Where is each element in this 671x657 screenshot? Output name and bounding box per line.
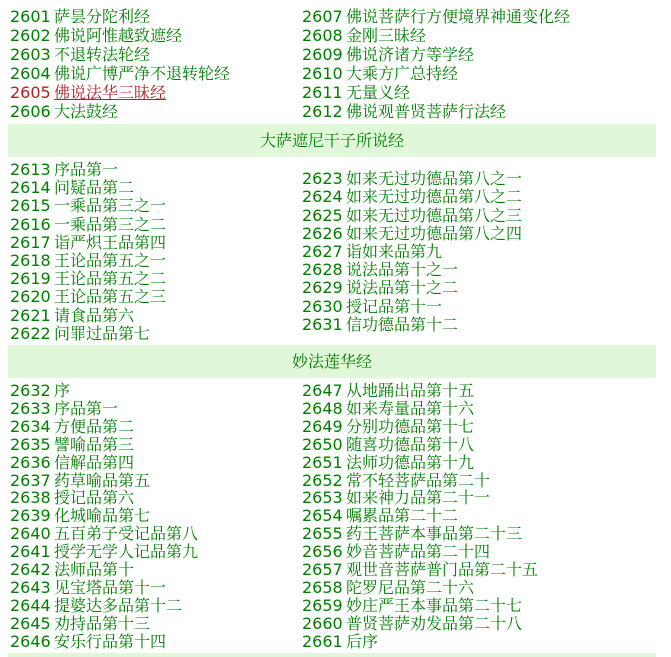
entry-number: 2629 — [302, 279, 346, 297]
entry-title: 如来无过功德品第八之二 — [346, 187, 522, 206]
sutra-entry[interactable]: 2625如来无过功德品第八之三 — [302, 207, 671, 225]
entry-title: 佛说广博严净不退转轮经 — [54, 64, 230, 83]
entry-title: 佛说阿惟越致遮经 — [54, 26, 182, 45]
sutra-entry[interactable]: 2654嘱累品第二十二 — [302, 507, 671, 525]
sutra-entry[interactable]: 2653如来神力品第二十一 — [302, 489, 671, 507]
sutra-entry[interactable]: 2645劝持品第十三 — [10, 615, 302, 633]
sutra-entry[interactable]: 2650随喜功德品第十八 — [302, 436, 671, 454]
sutra-entry[interactable]: 2622问罪过品第七 — [10, 325, 302, 343]
section-header-miaofa: 妙法莲华经 — [8, 345, 656, 378]
entry-number: 2649 — [302, 418, 346, 436]
entry-number: 2640 — [10, 525, 54, 543]
entry-number: 2641 — [10, 543, 54, 561]
sutra-entry[interactable]: 2609佛说济诸方等学经 — [302, 45, 671, 64]
section-dasazhe: 2613序品第一 2614问疑品第二 2615一乘品第三之一 2616一乘品第三… — [0, 161, 671, 343]
entry-number: 2622 — [10, 325, 54, 343]
entry-title: 如来无过功德品第八之四 — [346, 224, 522, 243]
entry-title: 金刚三昧经 — [346, 26, 426, 45]
entry-title: 分别功德品第十七 — [346, 417, 474, 436]
sutra-entry[interactable]: 2605佛说法华三昧经 — [10, 83, 302, 102]
sutra-entry[interactable]: 2632序 — [10, 382, 302, 400]
entry-number: 2645 — [10, 615, 54, 633]
entry-title: 序 — [54, 381, 70, 400]
sutra-entry[interactable]: 2636信解品第四 — [10, 454, 302, 472]
entry-number: 2661 — [302, 633, 346, 651]
sutra-entry[interactable]: 2640五百弟子受记品第八 — [10, 525, 302, 543]
entry-title: 萨昙分陀利经 — [54, 7, 150, 26]
column-right: 2647从地踊出品第十五 2648如来寿量品第十六 2649分别功德品第十七 2… — [302, 382, 671, 651]
entry-title: 王论品第五之二 — [54, 269, 166, 288]
entry-number: 2614 — [10, 179, 54, 197]
entry-number: 2658 — [302, 579, 346, 597]
entry-number: 2628 — [302, 261, 346, 279]
sutra-entry[interactable]: 2658陀罗尼品第二十六 — [302, 579, 671, 597]
sutra-entry[interactable]: 2618王论品第五之一 — [10, 252, 302, 270]
entry-title: 安乐行品第十四 — [54, 632, 166, 651]
entry-title: 说法品第十之二 — [346, 278, 458, 297]
entry-title: 一乘品第三之一 — [54, 196, 166, 215]
entry-title: 佛说法华三昧经 — [54, 83, 166, 102]
entry-title: 从地踊出品第十五 — [346, 381, 474, 400]
sutra-entry[interactable]: 2661后序 — [302, 633, 671, 651]
column-left: 2613序品第一 2614问疑品第二 2615一乘品第三之一 2616一乘品第三… — [10, 161, 302, 343]
entry-number: 2633 — [10, 400, 54, 418]
entry-title: 五百弟子受记品第八 — [54, 524, 198, 543]
entry-title: 授学无学人记品第九 — [54, 542, 198, 561]
sutra-entry[interactable]: 2606大法鼓经 — [10, 102, 302, 121]
entry-title: 信解品第四 — [54, 453, 134, 472]
sutra-entry[interactable]: 2610大乘方广总持经 — [302, 64, 671, 83]
column-left: 2632序 2633序品第一 2634方便品第二 2635譬喻品第三 2636信… — [10, 382, 302, 651]
sutra-entry[interactable]: 2652常不轻菩萨品第二十 — [302, 472, 671, 490]
entry-title: 法师品第十 — [54, 560, 134, 579]
entry-title: 化城喻品第七 — [54, 506, 150, 525]
entry-number: 2651 — [302, 454, 346, 472]
sutra-entry[interactable]: 2602佛说阿惟越致遮经 — [10, 26, 302, 45]
sutra-entry[interactable]: 2631信功德品第十二 — [302, 316, 671, 334]
entry-title: 观世音菩萨普门品第二十五 — [346, 560, 538, 579]
entry-number: 2602 — [10, 26, 54, 45]
entry-title: 诣如来品第九 — [346, 242, 442, 261]
sutra-entry[interactable]: 2643见宝塔品第十一 — [10, 579, 302, 597]
entry-title: 后序 — [346, 632, 378, 651]
entry-number: 2657 — [302, 561, 346, 579]
sutra-entry[interactable]: 2633序品第一 — [10, 400, 302, 418]
sutra-entry[interactable]: 2657观世音菩萨普门品第二十五 — [302, 561, 671, 579]
entry-number: 2621 — [10, 307, 54, 325]
sutra-entry[interactable]: 2603不退转法轮经 — [10, 45, 302, 64]
entry-title: 佛说济诸方等学经 — [346, 45, 474, 64]
entry-title: 劝持品第十三 — [54, 614, 150, 633]
entry-title: 序品第一 — [54, 160, 118, 179]
sutra-entry[interactable]: 2607佛说菩萨行方便境界神通变化经 — [302, 7, 671, 26]
entry-number: 2606 — [10, 102, 54, 121]
sutra-entry[interactable]: 2635譬喻品第三 — [10, 436, 302, 454]
entry-number: 2616 — [10, 216, 54, 234]
entry-title: 如来无过功德品第八之三 — [346, 206, 522, 225]
section-top: 2601萨昙分陀利经 2602佛说阿惟越致遮经 2603不退转法轮经 2604佛… — [0, 0, 671, 121]
entry-number: 2624 — [302, 188, 346, 206]
sutra-entry[interactable]: 2614问疑品第二 — [10, 179, 302, 197]
entry-number: 2635 — [10, 436, 54, 454]
sutra-entry[interactable]: 2624如来无过功德品第八之二 — [302, 188, 671, 206]
entry-title: 常不轻菩萨品第二十 — [346, 471, 490, 490]
entry-title: 一乘品第三之二 — [54, 215, 166, 234]
entry-number: 2646 — [10, 633, 54, 651]
entry-title: 大法鼓经 — [54, 102, 118, 121]
sutra-entry[interactable]: 2659妙庄严王本事品第二十七 — [302, 597, 671, 615]
entry-number: 2609 — [302, 45, 346, 64]
entry-title: 陀罗尼品第二十六 — [346, 578, 474, 597]
entry-number: 2648 — [302, 400, 346, 418]
sutra-entry[interactable]: 2647从地踊出品第十五 — [302, 382, 671, 400]
sutra-entry[interactable]: 2644提婆达多品第十二 — [10, 597, 302, 615]
sutra-entry[interactable]: 2615一乘品第三之一 — [10, 197, 302, 215]
sutra-entry[interactable]: 2638授记品第六 — [10, 489, 302, 507]
sutra-entry[interactable]: 2612佛说观普贤菩萨行法经 — [302, 102, 671, 121]
entry-number: 2607 — [302, 7, 346, 26]
entry-number: 2647 — [302, 382, 346, 400]
entry-title: 诣严炽王品第四 — [54, 233, 166, 252]
entry-title: 随喜功德品第十八 — [346, 435, 474, 454]
entry-title: 如来神力品第二十一 — [346, 488, 490, 507]
entry-title: 见宝塔品第十一 — [54, 578, 166, 597]
sutra-entry[interactable]: 2646安乐行品第十四 — [10, 633, 302, 651]
entry-title: 如来寿量品第十六 — [346, 399, 474, 418]
entry-title: 妙音菩萨品第二十四 — [346, 542, 490, 561]
entry-number: 2610 — [302, 64, 346, 83]
entry-title: 法师功德品第十九 — [346, 453, 474, 472]
column-left: 2601萨昙分陀利经 2602佛说阿惟越致遮经 2603不退转法轮经 2604佛… — [10, 7, 302, 121]
entry-number: 2615 — [10, 197, 54, 215]
entry-title: 授记品第十一 — [346, 297, 442, 316]
section-header-dasazhe: 大萨遮尼干子所说经 — [8, 124, 656, 157]
entry-number: 2625 — [302, 207, 346, 225]
entry-number: 2611 — [302, 83, 346, 102]
column-right: 2607佛说菩萨行方便境界神通变化经 2608金刚三昧经 2609佛说济诸方等学… — [302, 7, 671, 121]
entry-number: 2639 — [10, 507, 54, 525]
entry-number: 2659 — [302, 597, 346, 615]
entry-number: 2613 — [10, 161, 54, 179]
sutra-entry[interactable]: 2630授记品第十一 — [302, 298, 671, 316]
sutra-index-page: 2601萨昙分陀利经 2602佛说阿惟越致遮经 2603不退转法轮经 2604佛… — [0, 0, 671, 657]
entry-number: 2655 — [302, 525, 346, 543]
sutra-entry[interactable]: 2641授学无学人记品第九 — [10, 543, 302, 561]
entry-number: 2653 — [302, 489, 346, 507]
entry-number: 2654 — [302, 507, 346, 525]
entry-number: 2605 — [10, 83, 54, 102]
entry-title: 序品第一 — [54, 399, 118, 418]
entry-number: 2660 — [302, 615, 346, 633]
entry-number: 2634 — [10, 418, 54, 436]
entry-number: 2644 — [10, 597, 54, 615]
entry-title: 如来无过功德品第八之一 — [346, 169, 522, 188]
sutra-entry[interactable]: 2656妙音菩萨品第二十四 — [302, 543, 671, 561]
entry-title: 请食品第六 — [54, 306, 134, 325]
sutra-entry[interactable]: 2655药王菩萨本事品第二十三 — [302, 525, 671, 543]
entry-number: 2643 — [10, 579, 54, 597]
entry-title: 大乘方广总持经 — [346, 64, 458, 83]
sutra-entry[interactable]: 2623如来无过功德品第八之一 — [302, 170, 671, 188]
entry-number: 2656 — [302, 543, 346, 561]
entry-title: 问罪过品第七 — [54, 324, 150, 343]
entry-number: 2632 — [10, 382, 54, 400]
entry-title: 王论品第五之三 — [54, 287, 166, 306]
entry-title: 信功德品第十二 — [346, 315, 458, 334]
sutra-entry[interactable]: 2634方便品第二 — [10, 418, 302, 436]
entry-title: 譬喻品第三 — [54, 435, 134, 454]
sutra-entry[interactable]: 2616一乘品第三之二 — [10, 216, 302, 234]
entry-title: 佛说观普贤菩萨行法经 — [346, 102, 506, 121]
sutra-entry[interactable]: 2637药草喻品第五 — [10, 472, 302, 490]
section-header-next-partial — [8, 653, 656, 657]
sutra-entry[interactable]: 2626如来无过功德品第八之四 — [302, 225, 671, 243]
entry-number: 2652 — [302, 472, 346, 490]
entry-title: 普贤菩萨劝发品第二十八 — [346, 614, 522, 633]
entry-title: 方便品第二 — [54, 417, 134, 436]
entry-number: 2631 — [302, 316, 346, 334]
sutra-entry[interactable]: 2601萨昙分陀利经 — [10, 7, 302, 26]
entry-number: 2627 — [302, 243, 346, 261]
entry-number: 2637 — [10, 472, 54, 490]
entry-number: 2603 — [10, 45, 54, 64]
entry-title: 嘱累品第二十二 — [346, 506, 458, 525]
sutra-entry[interactable]: 2617诣严炽王品第四 — [10, 234, 302, 252]
section-miaofa: 2632序 2633序品第一 2634方便品第二 2635譬喻品第三 2636信… — [0, 382, 671, 651]
sutra-entry[interactable]: 2619王论品第五之二 — [10, 270, 302, 288]
sutra-entry[interactable]: 2648如来寿量品第十六 — [302, 400, 671, 418]
sutra-entry[interactable]: 2627诣如来品第九 — [302, 243, 671, 261]
entry-number: 2636 — [10, 454, 54, 472]
entry-title: 妙庄严王本事品第二十七 — [346, 596, 522, 615]
entry-title: 授记品第六 — [54, 488, 134, 507]
entry-title: 佛说菩萨行方便境界神通变化经 — [346, 7, 570, 26]
sutra-entry[interactable]: 2628说法品第十之一 — [302, 261, 671, 279]
sutra-entry[interactable]: 2629说法品第十之二 — [302, 279, 671, 297]
entry-number: 2630 — [302, 298, 346, 316]
sutra-entry[interactable]: 2608金刚三昧经 — [302, 26, 671, 45]
entry-title: 药王菩萨本事品第二十三 — [346, 524, 522, 543]
entry-title: 提婆达多品第十二 — [54, 596, 182, 615]
entry-title: 说法品第十之一 — [346, 260, 458, 279]
entry-number: 2620 — [10, 288, 54, 306]
sutra-entry[interactable]: 2639化城喻品第七 — [10, 507, 302, 525]
entry-number: 2642 — [10, 561, 54, 579]
entry-number: 2650 — [302, 436, 346, 454]
entry-number: 2618 — [10, 252, 54, 270]
entry-number: 2626 — [302, 225, 346, 243]
sutra-entry[interactable]: 2604佛说广博严净不退转轮经 — [10, 64, 302, 83]
sutra-entry[interactable]: 2621请食品第六 — [10, 307, 302, 325]
sutra-entry[interactable]: 2620王论品第五之三 — [10, 288, 302, 306]
sutra-entry[interactable]: 2611无量义经 — [302, 83, 671, 102]
entry-number: 2604 — [10, 64, 54, 83]
sutra-entry[interactable]: 2642法师品第十 — [10, 561, 302, 579]
sutra-entry[interactable]: 2649分别功德品第十七 — [302, 418, 671, 436]
sutra-entry[interactable]: 2660普贤菩萨劝发品第二十八 — [302, 615, 671, 633]
entry-number: 2619 — [10, 270, 54, 288]
entry-title: 不退转法轮经 — [54, 45, 150, 64]
entry-title: 王论品第五之一 — [54, 251, 166, 270]
column-right: 2623如来无过功德品第八之一 2624如来无过功德品第八之二 2625如来无过… — [302, 161, 671, 343]
entry-title: 药草喻品第五 — [54, 471, 150, 490]
sutra-entry[interactable]: 2613序品第一 — [10, 161, 302, 179]
entry-title: 问疑品第二 — [54, 178, 134, 197]
entry-number: 2617 — [10, 234, 54, 252]
entry-number: 2638 — [10, 489, 54, 507]
entry-number: 2612 — [302, 102, 346, 121]
entry-title: 无量义经 — [346, 83, 410, 102]
entry-number: 2601 — [10, 7, 54, 26]
entry-number: 2608 — [302, 26, 346, 45]
sutra-entry[interactable]: 2651法师功德品第十九 — [302, 454, 671, 472]
entry-number: 2623 — [302, 170, 346, 188]
